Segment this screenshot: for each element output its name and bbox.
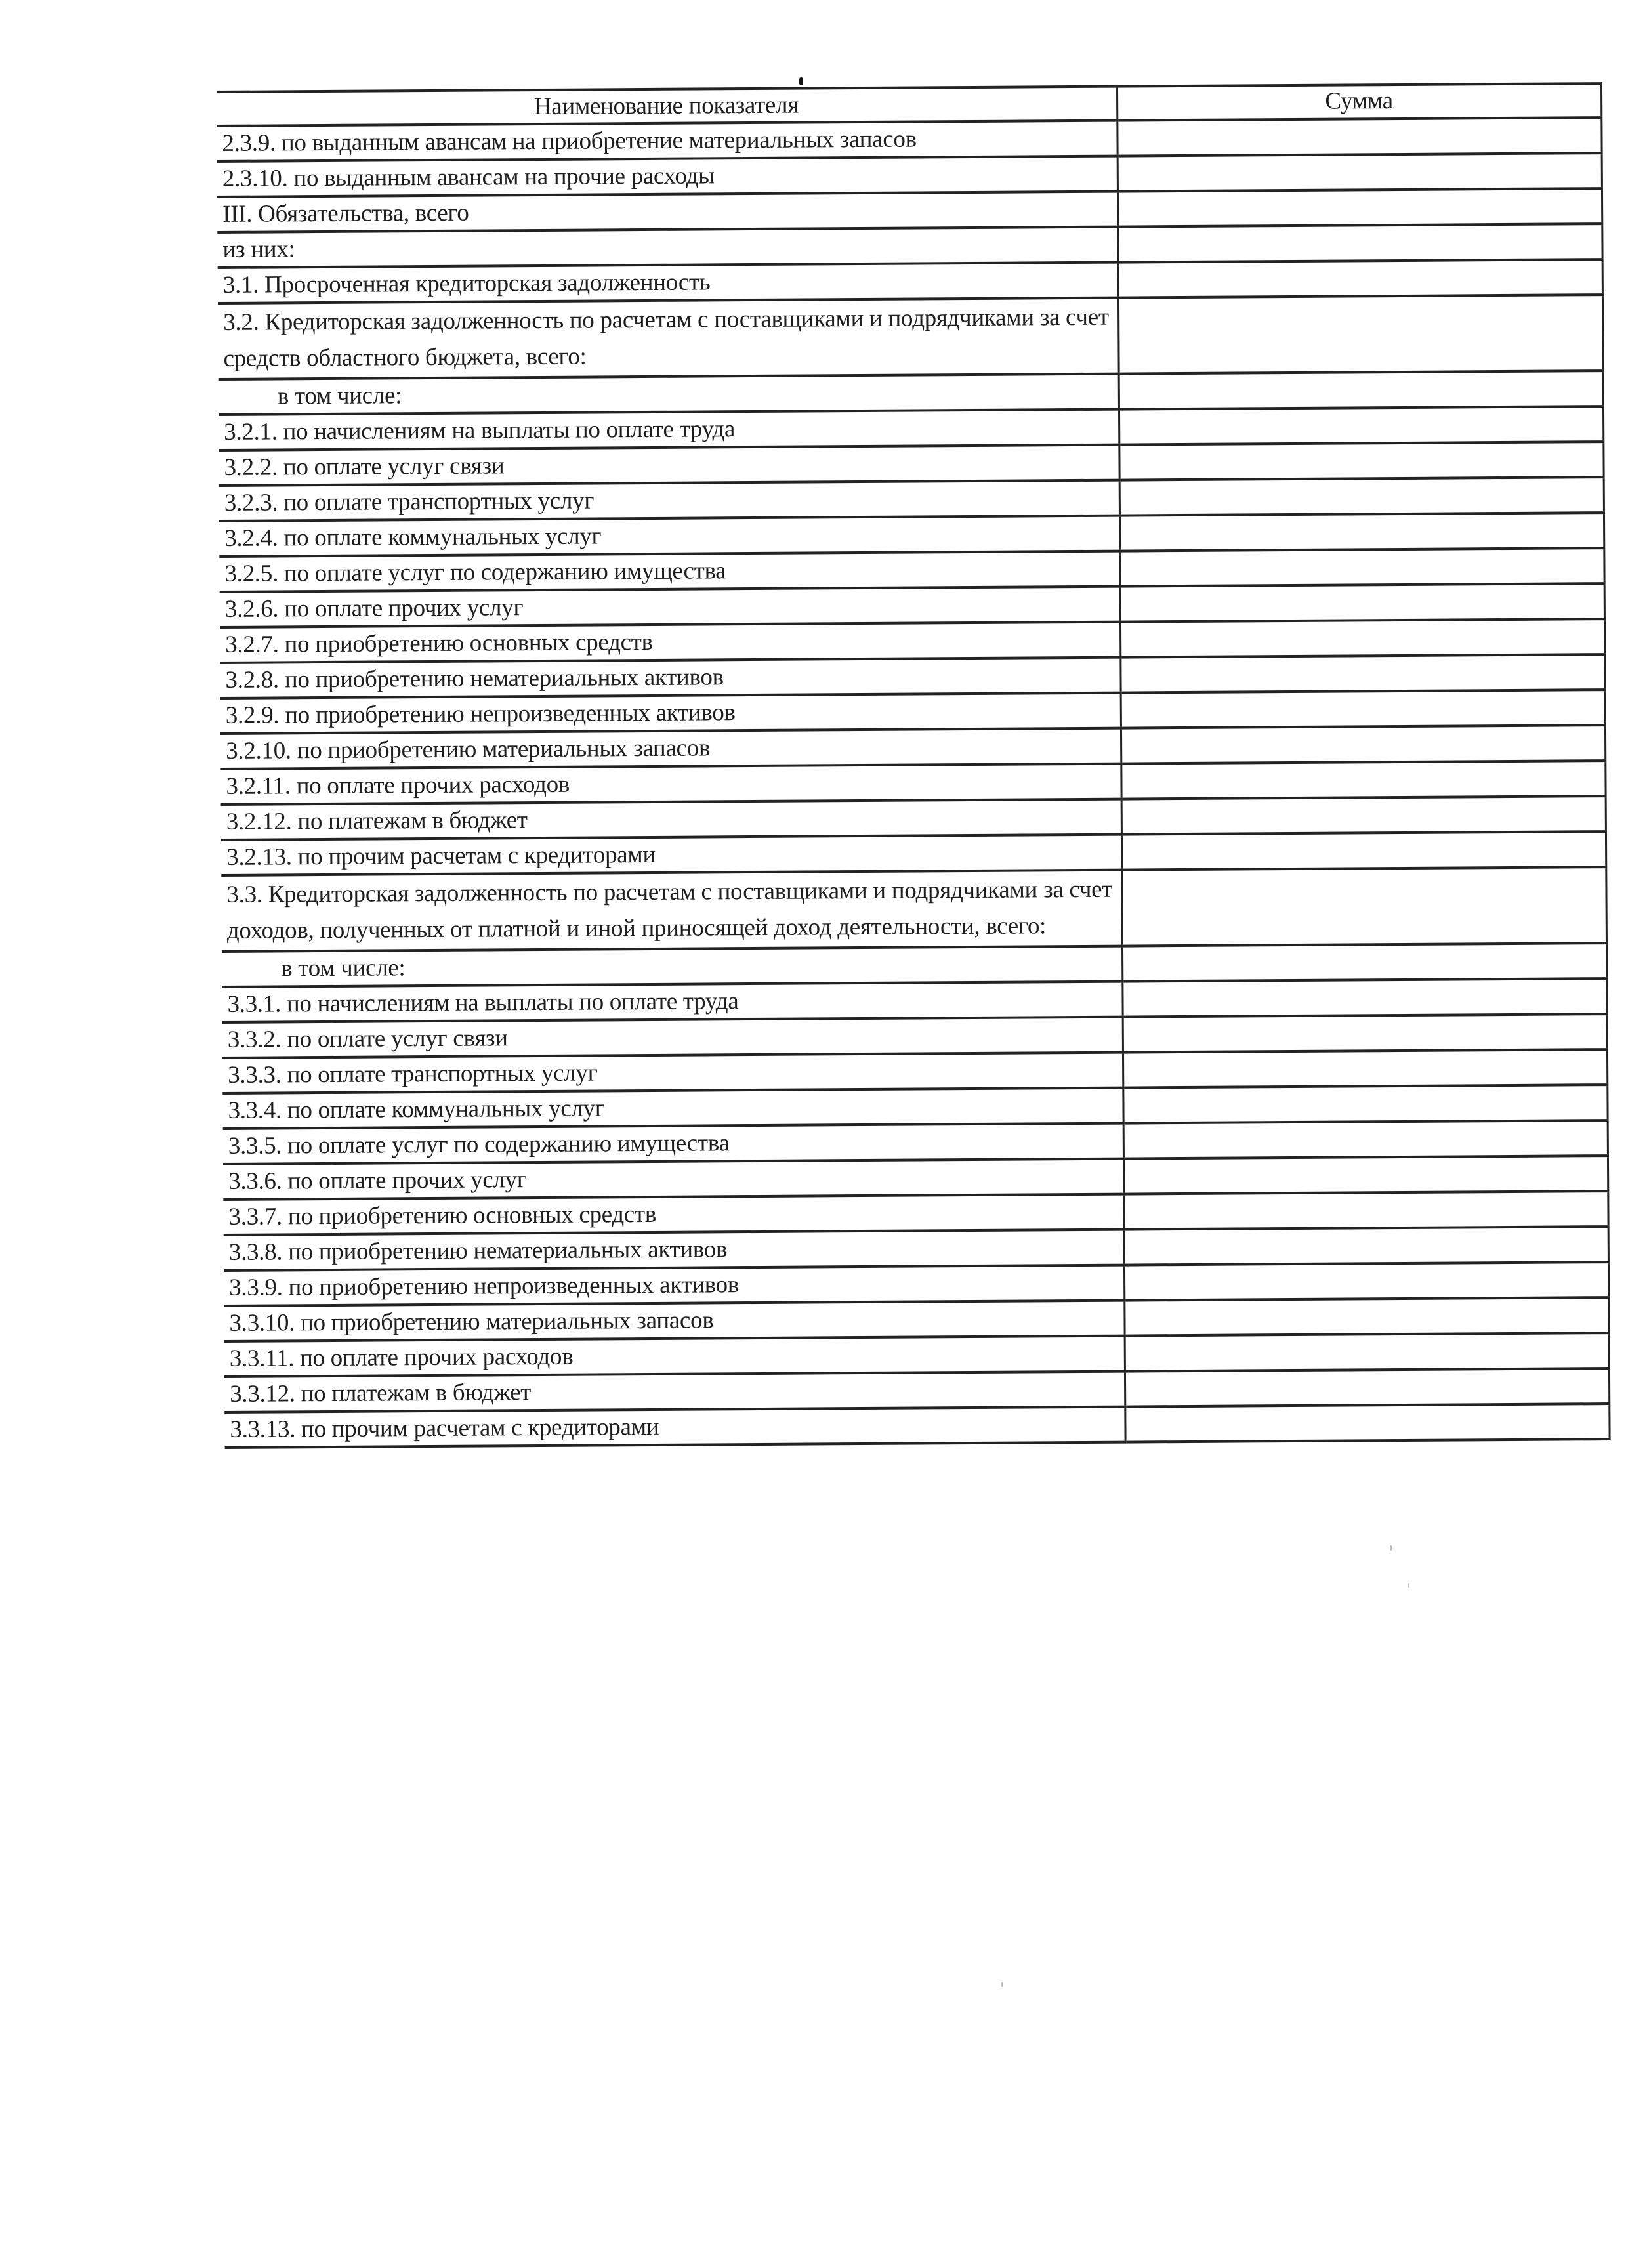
indicator-name-cell: 2.3.9. по выданным авансам на приобретен… xyxy=(217,121,1117,161)
indicator-sum-cell[interactable] xyxy=(1117,224,1602,262)
indicator-name-cell: 3.2.2. по оплате услуг связи xyxy=(219,445,1119,486)
indicator-sum-cell[interactable] xyxy=(1121,831,1606,870)
column-header-name: Наименование показателя xyxy=(217,87,1117,126)
indicator-name-cell: в том числе: xyxy=(222,946,1122,987)
indicator-name-cell: 3.3.11. по оплате прочих расходов xyxy=(224,1336,1125,1377)
indicator-name-cell: 2.3.10. по выданным авансам на прочие ра… xyxy=(217,156,1117,197)
indicator-sum-cell[interactable] xyxy=(1123,1049,1607,1088)
indicator-name-cell: 3.3.13. по прочим расчетам с кредиторами xyxy=(224,1407,1125,1448)
table-row: 3.3. Кредиторская задолженность по расче… xyxy=(221,867,1606,952)
scan-speck xyxy=(1001,1982,1003,1987)
indicator-sum-cell[interactable] xyxy=(1122,978,1606,1017)
indicator-sum-cell[interactable] xyxy=(1117,117,1601,156)
indicator-sum-cell[interactable] xyxy=(1124,1262,1608,1301)
indicator-sum-cell[interactable] xyxy=(1121,690,1605,728)
indicator-name-cell: 3.3.9. по приобретению непроизведенных а… xyxy=(224,1265,1124,1306)
indicator-sum-cell[interactable] xyxy=(1117,153,1602,192)
indicator-sum-cell[interactable] xyxy=(1124,1297,1608,1336)
indicator-name-cell: 3.2.4. по оплате коммунальных услуг xyxy=(219,516,1119,556)
indicator-name-cell: 3.2.11. по оплате прочих расходов xyxy=(220,764,1121,805)
scan-speck xyxy=(1390,1545,1392,1551)
indicator-name-cell: 3.2.7. по приобретению основных средств xyxy=(220,622,1120,663)
indicator-name-cell: 3.2. Кредиторская задолженность по расче… xyxy=(218,298,1119,379)
indicator-sum-cell[interactable] xyxy=(1119,477,1604,516)
table-body: 2.3.9. по выданным авансам на приобретен… xyxy=(217,117,1609,1448)
indicator-name-cell: 3.3.6. по оплате прочих услуг xyxy=(223,1159,1123,1200)
indicator-sum-cell[interactable] xyxy=(1118,295,1603,374)
indicator-name-cell: 3.2.5. по оплате услуг по содержанию иму… xyxy=(219,551,1119,592)
scan-speck xyxy=(1408,1583,1409,1588)
indicator-name-cell: 3.3.1. по начислениям на выплаты по опла… xyxy=(222,982,1122,1022)
indicator-name-cell: 3.2.9. по приобретению непроизведенных а… xyxy=(220,693,1121,734)
indicator-name-cell: 3.3.8. по приобретению нематериальных ак… xyxy=(224,1230,1124,1270)
indicator-name-cell: 3.2.8. по приобретению нематериальных ак… xyxy=(220,658,1120,698)
indicator-sum-cell[interactable] xyxy=(1118,259,1602,298)
indicator-sum-cell[interactable] xyxy=(1123,1120,1608,1159)
indicators-table-wrapper: Наименование показателя Сумма 2.3.9. по … xyxy=(217,82,1610,1449)
indicator-sum-cell[interactable] xyxy=(1120,654,1604,693)
indicator-sum-cell[interactable] xyxy=(1123,1191,1608,1230)
indicator-name-cell: 3.3. Кредиторская задолженность по расче… xyxy=(221,870,1122,952)
indicator-name-cell: 3.2.13. по прочим расчетам с кредиторами xyxy=(221,835,1121,875)
scanned-page: Наименование показателя Сумма 2.3.9. по … xyxy=(0,0,1628,2268)
indicator-name-cell: из них: xyxy=(217,227,1117,268)
indicator-sum-cell[interactable] xyxy=(1119,513,1604,551)
indicator-name-cell: 3.3.10. по приобретению материальных зап… xyxy=(224,1301,1124,1341)
table-row: 3.2. Кредиторская задолженность по расче… xyxy=(218,295,1603,379)
indicator-name-cell: 3.2.12. по платежам в бюджет xyxy=(221,799,1121,840)
indicator-sum-cell[interactable] xyxy=(1125,1333,1609,1372)
indicator-sum-cell[interactable] xyxy=(1121,867,1606,946)
scan-dot-mark xyxy=(799,77,803,85)
indicator-sum-cell[interactable] xyxy=(1117,188,1602,227)
indicator-sum-cell[interactable] xyxy=(1119,442,1603,480)
indicator-name-cell: 3.2.1. по начислениям на выплаты по опла… xyxy=(219,409,1119,450)
indicator-name-cell: 3.3.3. по оплате транспортных услуг xyxy=(222,1053,1123,1093)
indicator-sum-cell[interactable] xyxy=(1121,761,1605,799)
indicator-name-cell: в том числе: xyxy=(219,374,1119,415)
indicator-sum-cell[interactable] xyxy=(1120,619,1604,658)
indicator-sum-cell[interactable] xyxy=(1121,796,1606,835)
indicator-name-cell: 3.2.10. по приобретению материальных зап… xyxy=(220,728,1121,769)
indicator-sum-cell[interactable] xyxy=(1119,548,1604,587)
indicator-sum-cell[interactable] xyxy=(1123,1014,1607,1053)
indicator-sum-cell[interactable] xyxy=(1121,725,1605,764)
indicator-name-cell: 3.3.7. по приобретению основных средств xyxy=(223,1194,1123,1235)
indicator-name-cell: 3.3.2. по оплате услуг связи xyxy=(222,1017,1123,1058)
column-header-sum: Сумма xyxy=(1117,83,1601,121)
indicator-name-cell: 3.1. Просроченная кредиторская задолженн… xyxy=(218,262,1118,303)
indicator-name-cell: 3.2.3. по оплате транспортных услуг xyxy=(219,480,1119,521)
indicator-sum-cell[interactable] xyxy=(1119,371,1603,409)
indicator-name-cell: III. Обязательства, всего xyxy=(217,192,1117,232)
indicator-name-cell: 3.2.6. по оплате прочих услуг xyxy=(220,587,1120,627)
table-row: 3.3.13. по прочим расчетам с кредиторами xyxy=(224,1404,1609,1448)
indicator-sum-cell[interactable] xyxy=(1122,943,1606,982)
indicator-name-cell: 3.3.4. по оплате коммунальных услуг xyxy=(222,1088,1123,1129)
indicator-sum-cell[interactable] xyxy=(1123,1156,1608,1194)
indicator-sum-cell[interactable] xyxy=(1125,1404,1609,1442)
indicator-sum-cell[interactable] xyxy=(1124,1227,1608,1265)
indicator-name-cell: 3.3.5. по оплате услуг по содержанию иму… xyxy=(223,1123,1123,1164)
indicator-name-cell: 3.3.12. по платежам в бюджет xyxy=(224,1372,1125,1412)
indicators-table: Наименование показателя Сумма 2.3.9. по … xyxy=(217,82,1610,1449)
indicator-sum-cell[interactable] xyxy=(1119,406,1603,445)
indicator-sum-cell[interactable] xyxy=(1123,1085,1607,1123)
indicator-sum-cell[interactable] xyxy=(1125,1368,1609,1407)
indicator-sum-cell[interactable] xyxy=(1120,583,1604,622)
